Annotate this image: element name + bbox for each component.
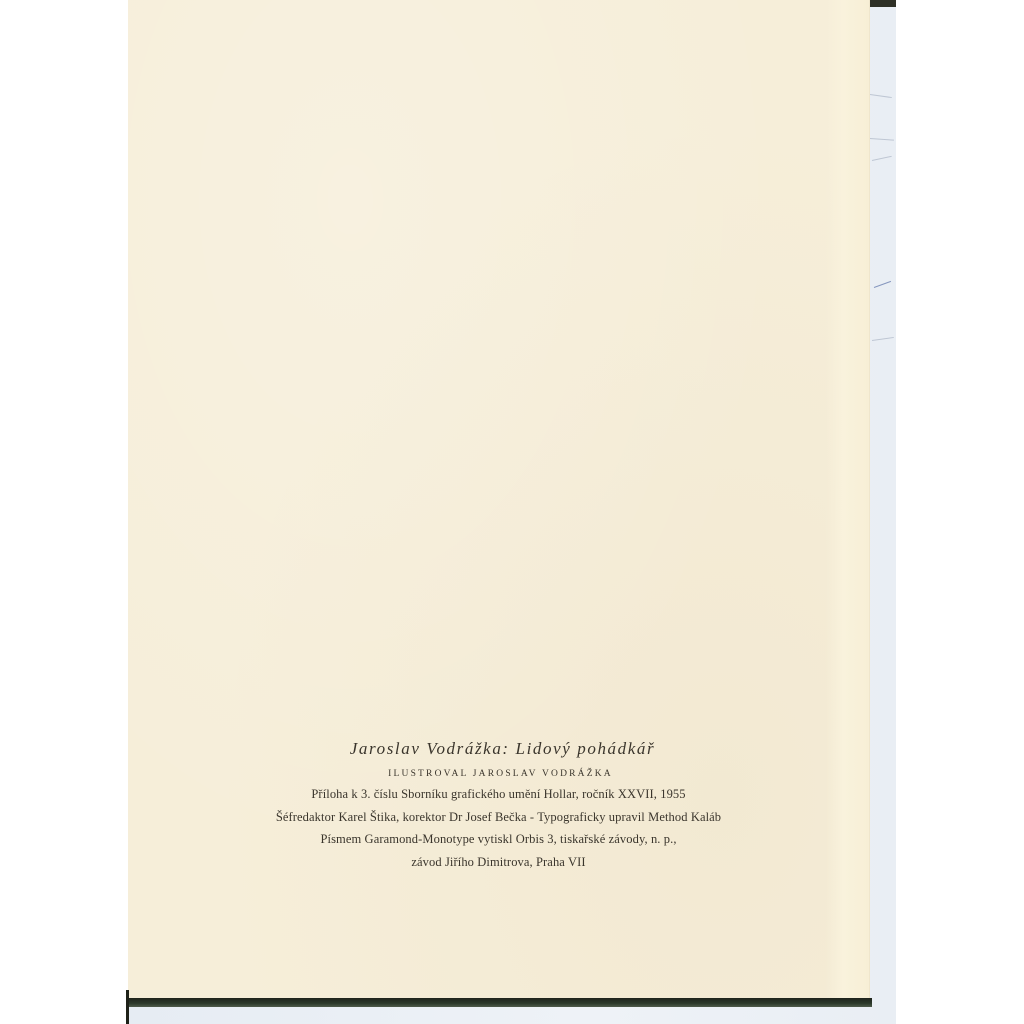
colophon-line: Příloha k 3. číslu Sborníku grafického u…	[128, 783, 869, 806]
colophon: Jaroslav Vodrážka: Lidový pohádkář ILUST…	[128, 736, 869, 873]
backing-top-edge	[866, 0, 896, 7]
colophon-illustrator: ILUSTROVAL JAROSLAV VODRÁŽKA	[128, 765, 869, 783]
scanned-page-scene: Jaroslav Vodrážka: Lidový pohádkář ILUST…	[0, 0, 1024, 1024]
colophon-line: Šéfredaktor Karel Štika, korektor Dr Jos…	[128, 806, 869, 829]
page-left-shadow	[126, 990, 129, 1024]
colophon-line: závod Jiřího Dimitrova, Praha VII	[128, 851, 869, 874]
colophon-line: Písmem Garamond-Monotype vytiskl Orbis 3…	[128, 828, 869, 851]
colophon-title: Jaroslav Vodrážka: Lidový pohádkář	[128, 736, 869, 762]
page-bottom-shadow	[127, 998, 872, 1007]
